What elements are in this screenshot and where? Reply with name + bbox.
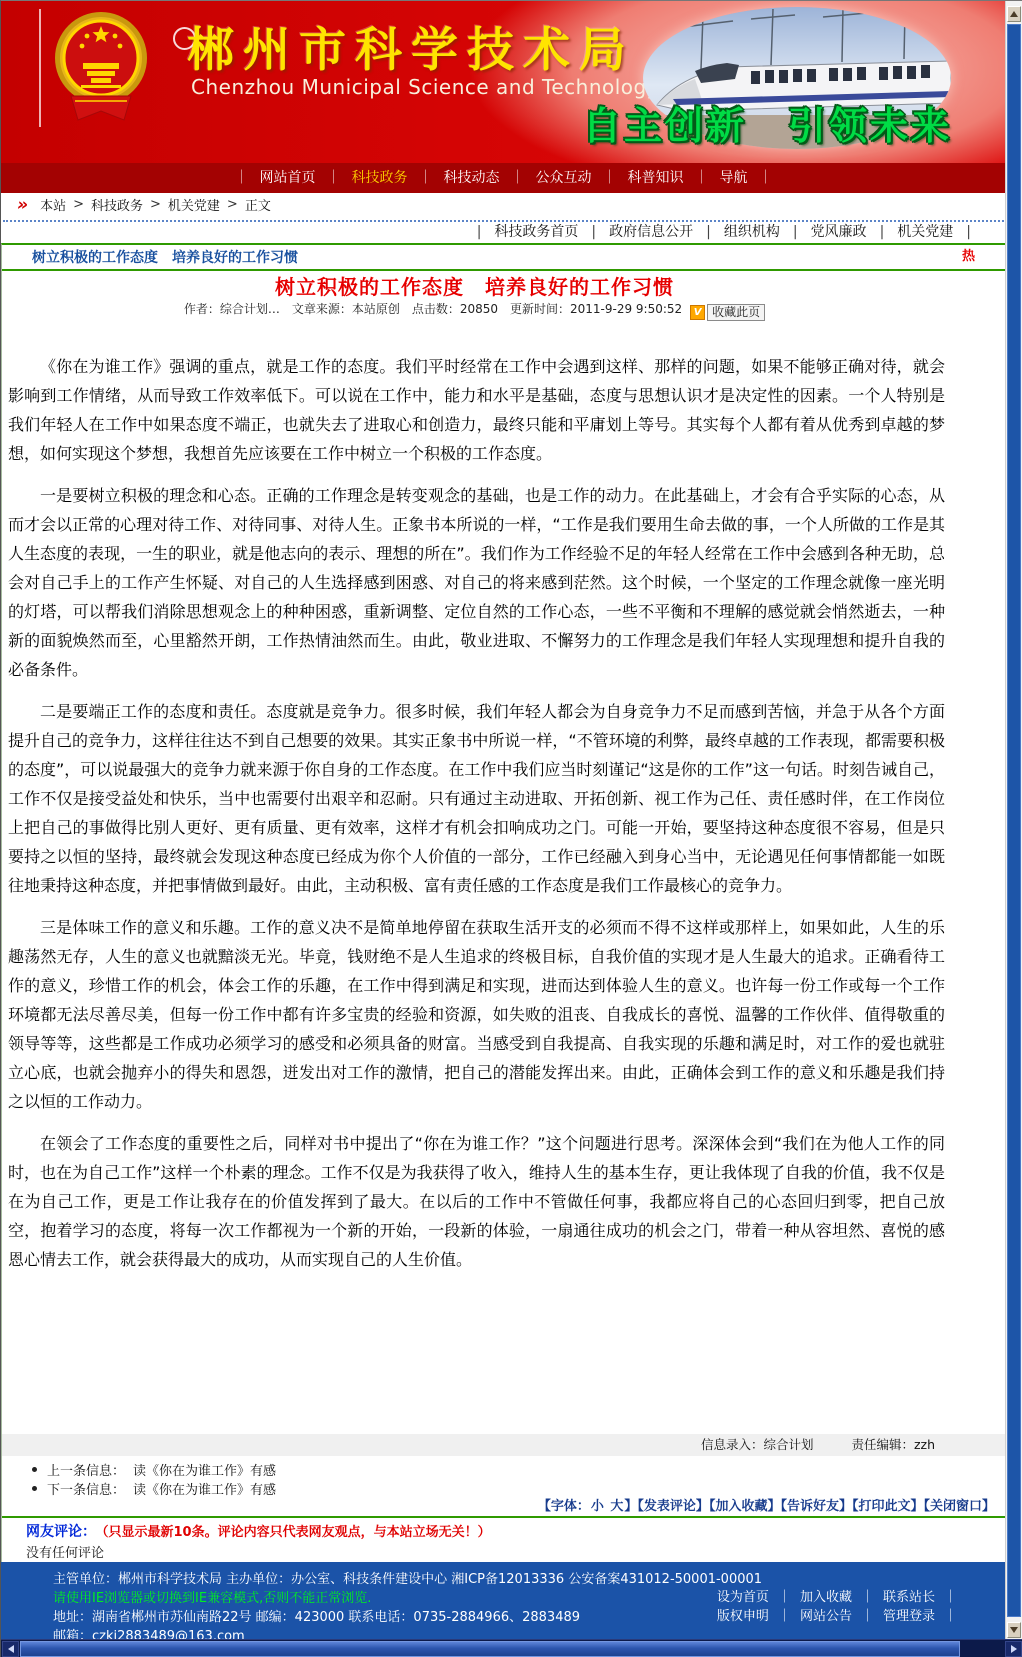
scroll-up-button[interactable] xyxy=(1007,6,1021,22)
footer-sponsor-line: 主管单位：郴州市科学技术局 主办单位：办公室、科技条件建设中心 湘ICP备120… xyxy=(53,1570,1006,1589)
footer-link-separator: ｜ xyxy=(861,1609,874,1624)
article-paragraph: 二是要端正工作的态度和责任。态度就是竞争力。很多时候，我们年轻人都会为自身竞争力… xyxy=(8,697,945,900)
add-favorite-link[interactable]: 加入收藏 xyxy=(800,1590,852,1605)
footer-link-separator: ｜ xyxy=(944,1590,957,1605)
comments-note: （只显示最新10条。评论内容只代表网友观点，与本站立场无关！） xyxy=(102,1525,491,1540)
article-column: 树立积极的工作态度 培养良好的工作习惯 作者：综合计划… 文章来源：本站原创 点… xyxy=(2,275,947,1434)
footer-link-separator: ｜ xyxy=(944,1609,957,1624)
nav-separator: ｜ xyxy=(695,170,709,186)
tell-friend-button[interactable]: 【告诉好友】 xyxy=(780,1499,852,1514)
close-window-button[interactable]: 【关闭窗口】 xyxy=(923,1499,995,1514)
next-article-link[interactable]: 读《你在为谁工作》有感 xyxy=(133,1479,276,1498)
contact-webmaster-link[interactable]: 联系站长 xyxy=(883,1590,935,1605)
nav-separator: ｜ xyxy=(235,170,249,186)
article-toolbar: 【字体：小 大】【发表评论】【加入收藏】【告诉好友】【打印此文】【关闭窗口】 xyxy=(2,1498,1005,1516)
horizontal-scrollbar[interactable] xyxy=(1,1639,1022,1657)
related-links: 上一条信息： 读《你在为谁工作》有感 下一条信息： 读《你在为谁工作》有感 xyxy=(2,1456,1005,1498)
sub-nav: |科技政务首页|政府信息公开|组织机构|党风廉政|机关党建| xyxy=(1,222,1006,243)
next-article-row: 下一条信息： 读《你在为谁工作》有感 xyxy=(32,1479,1005,1498)
article-title: 树立积极的工作态度 培养良好的工作习惯 xyxy=(2,275,947,299)
subnav-separator: | xyxy=(966,224,971,240)
subnav-item-party[interactable]: 机关党建 xyxy=(897,224,953,240)
subnav-separator: | xyxy=(591,224,596,240)
main-nav: ｜网站首页｜科技政务｜科技动态｜公众互动｜科普知识｜导航｜ xyxy=(1,163,1006,193)
breadcrumb-separator: > xyxy=(227,197,238,212)
scroll-left-button[interactable] xyxy=(2,1641,19,1657)
bullet-icon xyxy=(32,1467,37,1472)
footer-link-separator: ｜ xyxy=(778,1609,791,1624)
article-info-bar: 信息录入：综合计划 责任编辑：zzh xyxy=(2,1434,1005,1456)
subnav-item-gov-home[interactable]: 科技政务首页 xyxy=(494,224,578,240)
marquee-headline[interactable]: 树立积极的工作态度 培养良好的工作习惯 xyxy=(2,250,298,266)
add-favorite-button[interactable]: 【加入收藏】 xyxy=(709,1499,781,1514)
footer: 主管单位：郴州市科学技术局 主办单位：办公室、科技条件建设中心 湘ICP备120… xyxy=(1,1562,1006,1645)
article-paragraph: 三是体味工作的意义和乐趣。工作的意义决不是简单地停留在获取生活开支的必须而不得不… xyxy=(8,913,945,1116)
scroll-left-icon xyxy=(8,1645,14,1653)
breadcrumb-separator: > xyxy=(150,197,161,212)
breadcrumb-item-gov[interactable]: 科技政务 xyxy=(91,195,143,214)
font-size-label-end: 】 xyxy=(624,1499,637,1514)
editor-credit: 责任编辑：zzh xyxy=(851,1437,935,1452)
set-homepage-link[interactable]: 设为首页 xyxy=(717,1590,769,1605)
subnav-separator: | xyxy=(793,224,798,240)
prev-article-row: 上一条信息： 读《你在为谁工作》有感 xyxy=(32,1460,1005,1479)
slogan-text: 自主创新 引领未来 xyxy=(583,95,952,150)
footer-links-row2: 版权申明｜网站公告｜管理登录｜ xyxy=(717,1607,966,1626)
favorite-icon: V xyxy=(690,305,705,320)
comments-section: 网友评论：（只显示最新10条。评论内容只代表网友观点，与本站立场无关！） 没有任… xyxy=(2,1518,1005,1562)
page-client-area: 郴州市科学技术局 Chenzhou Municipal Science and … xyxy=(1,1,1006,1645)
article-paragraph: 《你在为谁工作》强调的重点，就是工作的态度。我们平时经常在工作中会遇到这样、那样… xyxy=(8,352,945,468)
subnav-separator: | xyxy=(477,224,482,240)
subnav-separator: | xyxy=(880,224,885,240)
prev-article-link[interactable]: 读《你在为谁工作》有感 xyxy=(133,1460,276,1479)
nav-separator: ｜ xyxy=(327,170,341,186)
site-notice-link[interactable]: 网站公告 xyxy=(800,1609,852,1624)
nav-separator: ｜ xyxy=(603,170,617,186)
footer-links: 设为首页｜加入收藏｜联系站长｜ 版权申明｜网站公告｜管理登录｜ xyxy=(717,1588,966,1626)
nav-separator: ｜ xyxy=(759,170,773,186)
vertical-scrollbar[interactable] xyxy=(1005,1,1022,1640)
page: 郴州市科学技术局 Chenzhou Municipal Science and … xyxy=(0,0,1022,1657)
favorite-button[interactable]: 收藏此页 xyxy=(707,304,765,321)
comments-title: 网友评论： xyxy=(26,1524,96,1540)
article-meta-text: 作者：综合计划… 文章来源：本站原创 点击数：20850 更新时间：2011-9… xyxy=(184,302,682,316)
font-small-button[interactable]: 小 xyxy=(591,1499,604,1514)
font-size-label: 【字体： xyxy=(538,1499,590,1514)
scroll-down-icon xyxy=(1010,1627,1018,1633)
nav-item-news[interactable]: 科技动态 xyxy=(444,170,500,186)
national-emblem-logo xyxy=(53,6,149,124)
content-box: 树立积极的工作态度 培养良好的工作习惯 热 树立积极的工作态度 培养良好的工作习… xyxy=(1,243,1006,1562)
copyright-link[interactable]: 版权申明 xyxy=(717,1609,769,1624)
nav-item-gov[interactable]: 科技政务 xyxy=(352,170,408,186)
horizontal-scrollbar-thumb[interactable] xyxy=(20,1641,960,1657)
header-banner: 郴州市科学技术局 Chenzhou Municipal Science and … xyxy=(1,1,1006,163)
breadcrumb-item-party[interactable]: 机关党建 xyxy=(168,195,220,214)
vertical-scrollbar-thumb[interactable] xyxy=(1007,24,1021,1617)
scroll-down-button[interactable] xyxy=(1007,1622,1021,1638)
green-divider xyxy=(2,269,1005,271)
breadcrumb: » 本站 > 科技政务 > 机关党建 > 正文 xyxy=(1,193,1006,216)
marquee-row: 树立积极的工作态度 培养良好的工作习惯 热 xyxy=(2,245,1005,269)
font-big-button[interactable]: 大 xyxy=(610,1499,623,1514)
breadcrumb-item-current: 正文 xyxy=(245,195,271,214)
subnav-separator: | xyxy=(706,224,711,240)
footer-link-separator: ｜ xyxy=(778,1590,791,1605)
next-article-label: 下一条信息： xyxy=(47,1479,125,1498)
site-title: 郴州市科学技术局 xyxy=(187,13,635,80)
subnav-item-discipline[interactable]: 党风廉政 xyxy=(811,224,867,240)
print-button[interactable]: 【打印此文】 xyxy=(852,1499,924,1514)
post-comment-button[interactable]: 【发表评论】 xyxy=(637,1499,709,1514)
nav-item-interact[interactable]: 公众互动 xyxy=(536,170,592,186)
banner-divider-line xyxy=(39,9,41,127)
entry-credit: 信息录入：综合计划 xyxy=(701,1437,814,1452)
nav-item-science[interactable]: 科普知识 xyxy=(628,170,684,186)
article-paragraph: 在领会了工作态度的重要性之后，同样对书中提出了“你在为谁工作？”这个问题进行思考… xyxy=(8,1129,945,1274)
subnav-item-org[interactable]: 组织机构 xyxy=(724,224,780,240)
scroll-right-icon xyxy=(1011,1645,1017,1653)
breadcrumb-arrows-icon: » xyxy=(17,195,26,215)
nav-item-guide[interactable]: 导航 xyxy=(720,170,748,186)
scroll-up-icon xyxy=(1010,11,1018,17)
nav-separator: ｜ xyxy=(419,170,433,186)
nav-item-home[interactable]: 网站首页 xyxy=(260,170,316,186)
article-meta: 作者：综合计划… 文章来源：本站原创 点击数：20850 更新时间：2011-9… xyxy=(2,301,947,318)
footer-links-row1: 设为首页｜加入收藏｜联系站长｜ xyxy=(717,1588,966,1607)
admin-login-link[interactable]: 管理登录 xyxy=(883,1609,935,1624)
scroll-right-button[interactable] xyxy=(1005,1641,1022,1657)
prev-article-label: 上一条信息： xyxy=(47,1460,125,1479)
footer-link-separator: ｜ xyxy=(861,1590,874,1605)
bullet-icon xyxy=(32,1486,37,1491)
nav-separator: ｜ xyxy=(511,170,525,186)
hot-badge: 热 xyxy=(962,245,975,269)
subnav-item-info[interactable]: 政府信息公开 xyxy=(609,224,693,240)
breadcrumb-separator: > xyxy=(73,197,84,212)
article-body: 《你在为谁工作》强调的重点，就是工作的态度。我们平时经常在工作中会遇到这样、那样… xyxy=(2,352,947,1434)
comments-empty-text: 没有任何评论 xyxy=(26,1546,1005,1562)
article-paragraph: 一是要树立积极的理念和心态。正确的工作理念是转变观念的基础，也是工作的动力。在此… xyxy=(8,481,945,684)
comments-header: 网友评论：（只显示最新10条。评论内容只代表网友观点，与本站立场无关！） xyxy=(26,1522,1005,1540)
breadcrumb-item-site[interactable]: 本站 xyxy=(40,195,66,214)
